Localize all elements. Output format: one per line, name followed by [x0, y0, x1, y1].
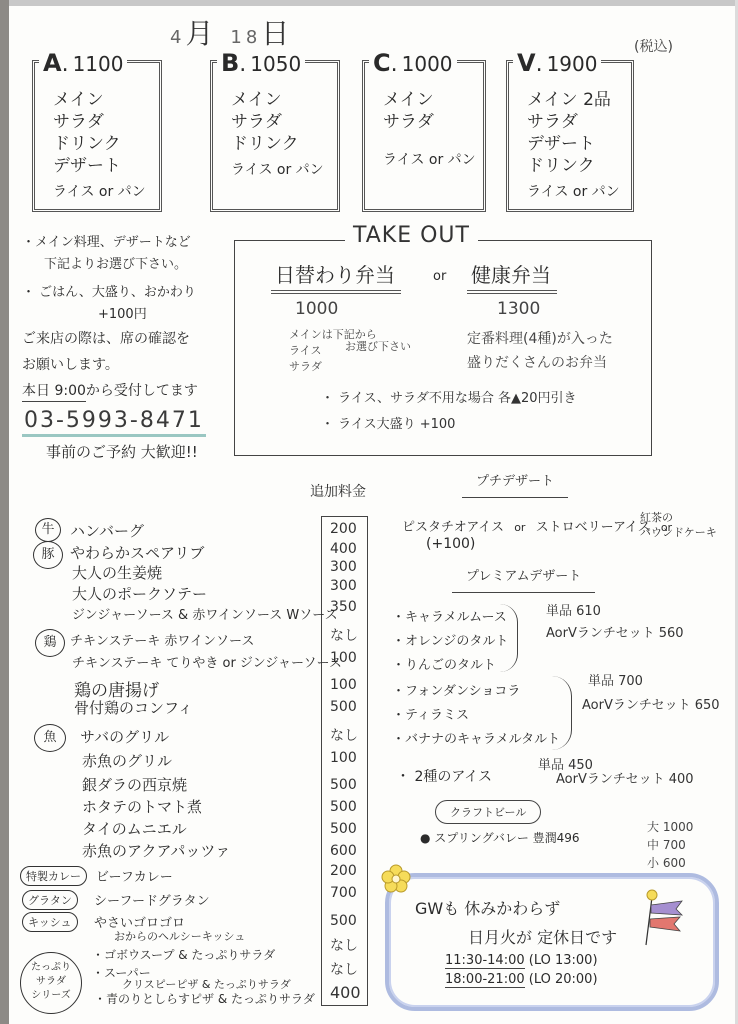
menu-item: チキンステーキ てりやき or ジンジャーソース — [72, 652, 342, 671]
daily-bento-name: 日替わり弁当 — [271, 259, 401, 294]
menu-item: タイのムニエル — [82, 818, 187, 839]
beer-size-small: 小 600 — [647, 854, 693, 872]
set-staple: ライス or パン — [231, 159, 337, 181]
petit-dessert-header: プチデザート — [462, 470, 568, 498]
set-letter: A — [43, 49, 62, 77]
daily-bento-price: 1000 — [295, 299, 338, 319]
dinner-last-order: (LO 20:00) — [529, 972, 598, 987]
takeout-title: TAKE OUT — [345, 223, 478, 248]
extra-price: 500 — [330, 913, 357, 929]
beer-size-medium: 中 700 — [647, 836, 693, 854]
info-notes: ・メイン料理、デザートなど 下記よりお選び下さい。 ・ ごはん、大盛り、おかわり… — [22, 232, 237, 463]
set-item: サラダ — [53, 111, 159, 133]
category-pork: 豚 — [33, 541, 63, 569]
set-c-box: C.1000 メイン サラダ ライス or パン — [362, 60, 486, 212]
set-item: メイン — [53, 89, 159, 111]
menu-item: ホタテのトマト煮 — [82, 796, 202, 817]
set-b-title: B.1050 — [217, 49, 305, 77]
healthy-bento-price: 1300 — [497, 299, 540, 319]
set-item: サラダ — [231, 111, 337, 133]
set-price: 1000 — [402, 52, 453, 76]
date-day: 18 — [230, 27, 261, 48]
set-item: デザート — [53, 155, 159, 177]
dessert-item: ・キャラメルムース — [392, 606, 507, 625]
tax-included-note: (税込) — [634, 36, 673, 56]
extra-price: 300 — [330, 578, 357, 594]
note-line: +100円 — [22, 304, 237, 326]
set-price: AorVランチセット 560 — [546, 622, 684, 641]
group1-bracket — [500, 604, 518, 672]
set-item: メイン — [383, 89, 483, 111]
menu-item: 骨付鶏のコンフィ — [74, 697, 193, 718]
lunch-hours: 11:30-14:00 (LO 13:00) — [445, 953, 598, 968]
note-line: ・ ごはん、大盛り、おかわり — [22, 282, 237, 304]
extra-price: 200 — [330, 863, 357, 879]
dessert-option: ピスタチオアイス — [402, 520, 504, 535]
date-day-kanji: 日 — [261, 17, 293, 50]
extra-price: 400 — [330, 541, 357, 557]
set-v-box: V.1900 メイン 2品 サラダ デザート ドリンク ライス or パン — [506, 60, 634, 212]
set-item: デザート — [527, 133, 631, 155]
single-price: 単品 700 — [588, 670, 643, 689]
menu-item: やわらかスペアリブ — [70, 542, 204, 563]
craft-beer-sizes: 大 1000 中 700 小 600 — [647, 818, 693, 872]
dessert-item: ・オレンジのタルト — [392, 630, 508, 649]
menu-item: 銀ダラの西京焼 — [82, 774, 187, 795]
extra-price: 500 — [330, 799, 357, 815]
extra-price: なし — [330, 935, 358, 955]
dessert-item: ・フォンダンショコラ — [392, 680, 520, 699]
extra-price: 100 — [330, 750, 357, 766]
set-item: メイン — [231, 89, 337, 111]
note-line: お願いします。 — [22, 352, 237, 378]
menu-item: サバのグリル — [80, 726, 169, 747]
date-month: 4 — [170, 27, 185, 48]
set-staple: ライス or パン — [383, 149, 483, 171]
dinner-time: 18:00-21:00 — [445, 972, 525, 988]
extra-price: 600 — [330, 843, 357, 859]
category-text: シリーズ — [21, 989, 81, 1003]
set-staple: ライス or パン — [53, 181, 159, 203]
koinobori-icon — [642, 887, 686, 947]
extra-price: 700 — [330, 885, 357, 901]
extra-price: 500 — [330, 821, 357, 837]
dessert-option: ストロベリーアイス — [536, 520, 651, 535]
dessert-item: ・ 2種のアイス — [396, 766, 492, 786]
menu-item: ・ゴボウスープ & たっぷりサラダ — [92, 946, 275, 963]
category-chicken: 鶏 — [35, 629, 65, 657]
set-price: 1050 — [250, 52, 301, 76]
menu-item: 大人のポークソテー — [72, 583, 207, 604]
takeout-large-rice-note: ・ ライス大盛り +100 — [321, 413, 455, 432]
set-item: サラダ — [527, 111, 631, 133]
set-item: サラダ — [383, 111, 483, 133]
category-beef: 牛 — [35, 518, 61, 542]
dinner-hours: 18:00-21:00 (LO 20:00) — [445, 972, 598, 987]
set-item: ドリンク — [231, 133, 337, 155]
single-price: 単品 610 — [546, 600, 601, 619]
gw-notice-line1: GWも 休みかわらず — [415, 896, 560, 919]
menu-item: チキンステーキ 赤ワインソース — [70, 630, 254, 649]
set-item: メイン 2品 — [527, 89, 631, 111]
set-a-title: A.1100 — [39, 49, 127, 77]
petit-dessert-options: ピスタチオアイス or ストロベリーアイス or — [402, 516, 678, 535]
category-quiche: キッシュ — [22, 912, 78, 932]
category-curry: 特製カレー — [20, 866, 87, 886]
dessert-option-line: パウンドケーキ — [640, 525, 717, 540]
menu-item-sub: おからのヘルシーキッシュ — [114, 928, 245, 944]
menu-item: 赤魚のアクアパッツァ — [82, 840, 230, 861]
note-line: 下記よりお選び下さい。 — [22, 254, 237, 276]
menu-date: 4月 18日 — [170, 12, 293, 52]
premium-dessert-header: プレミアムデザート — [452, 565, 595, 593]
set-a-box: A.1100 メイン サラダ ドリンク デザート ライス or パン — [32, 60, 162, 212]
set-item: ドリンク — [53, 133, 159, 155]
craft-beer-item: ● スプリングバレー 豊潤496 — [420, 829, 580, 846]
set-letter: B — [221, 49, 239, 77]
note-line: から受付してます — [86, 383, 198, 399]
dessert-option-pound-cake: 紅茶の パウンドケーキ — [640, 510, 717, 540]
extra-price: 500 — [330, 699, 357, 715]
menu-item: 大人の生姜焼 — [72, 562, 162, 583]
extra-charge-header: 追加料金 — [310, 481, 366, 501]
extra-price: 300 — [330, 559, 357, 575]
lunch-time: 11:30-14:00 — [445, 953, 525, 969]
set-item: ドリンク — [527, 155, 631, 177]
or-label: or — [514, 521, 525, 534]
date-month-kanji: 月 — [185, 17, 217, 50]
daily-bento-desc-side: お選び下さい — [345, 339, 411, 355]
dessert-item: ・ティラミス — [392, 704, 469, 723]
set-price: 1100 — [73, 52, 124, 76]
set-price: AorVランチセット 400 — [556, 768, 694, 787]
category-fish: 魚 — [34, 724, 66, 752]
menu-item: ジンジャーソース & 赤ワインソース Wソース — [72, 604, 338, 623]
category-text: サラダ — [21, 975, 81, 989]
set-b-box: B.1050 メイン サラダ ドリンク ライス or パン — [210, 60, 340, 212]
desc-line: 定番料理(4種)が入った — [467, 327, 613, 351]
menu-item: 赤魚のグリル — [82, 750, 172, 771]
phone-number[interactable]: 03-5993-8471 — [22, 410, 206, 437]
takeout-discount-note: ・ ライス、サラダ不用な場合 各▲20円引き — [321, 387, 577, 406]
menu-item: ビーフカレー — [96, 866, 173, 885]
extra-price: 500 — [330, 777, 357, 793]
reception-time: 本日 9:00 — [22, 381, 86, 402]
craft-beer-label: クラフトビール — [435, 800, 541, 824]
dessert-item: ・バナナのキャラメルタルト — [392, 728, 560, 747]
gw-notice-line2: 日月火が 定休日です — [468, 925, 617, 948]
reservation-welcome: 事前のご予約 大歓迎!! — [22, 441, 237, 463]
category-text: たっぷり — [21, 961, 81, 975]
menu-item: ・青のりとしらすピザ & たっぷりサラダ — [94, 990, 315, 1007]
set-c-title: C.1000 — [369, 49, 457, 77]
desc-line: 盛りだくさんのお弁当 — [467, 351, 613, 375]
lunch-last-order: (LO 13:00) — [529, 953, 598, 968]
dessert-option-line: 紅茶の — [640, 510, 717, 525]
set-v-title: V.1900 — [513, 49, 601, 77]
beer-size-large: 大 1000 — [647, 818, 693, 836]
menu-item: ハンバーグ — [70, 520, 144, 541]
extra-price: なし — [330, 725, 358, 745]
extra-charge-column: 200 400 300 300 350 なし 100 100 500 なし 10… — [321, 516, 368, 1006]
extra-price: 200 — [330, 521, 357, 537]
dessert-item: ・りんごのタルト — [392, 654, 496, 673]
extra-price: なし — [330, 959, 358, 979]
extra-price: 100 — [330, 677, 357, 693]
photo-left-edge — [0, 0, 9, 1024]
healthy-bento-desc: 定番料理(4種)が入った 盛りだくさんのお弁当 — [467, 327, 613, 375]
healthy-bento-name: 健康弁当 — [467, 259, 557, 294]
set-letter: V — [517, 49, 536, 77]
category-gratin: グラタン — [22, 890, 78, 910]
flower-icon — [381, 864, 411, 894]
extra-price: なし — [330, 625, 358, 645]
note-line: ・メイン料理、デザートなど — [22, 232, 237, 254]
set-price: AorVランチセット 650 — [582, 694, 720, 713]
set-price: 1900 — [547, 52, 598, 76]
note-line: ご来店の際は、席の確認を — [22, 326, 237, 352]
set-letter: C — [373, 49, 391, 77]
set-staple: ライス or パン — [527, 181, 631, 203]
desc-line: サラダ — [289, 359, 377, 375]
group2-bracket — [552, 676, 572, 750]
category-salad-series: たっぷり サラダ シリーズ — [20, 952, 82, 1014]
menu-item: シーフードグラタン — [94, 890, 210, 909]
pistachio-extra-charge: (+100) — [426, 536, 475, 552]
or-label: or — [433, 269, 446, 284]
extra-price: 400 — [330, 983, 361, 1002]
takeout-box: TAKE OUT 日替わり弁当 or 健康弁当 1000 1300 メインは下記… — [234, 240, 652, 456]
